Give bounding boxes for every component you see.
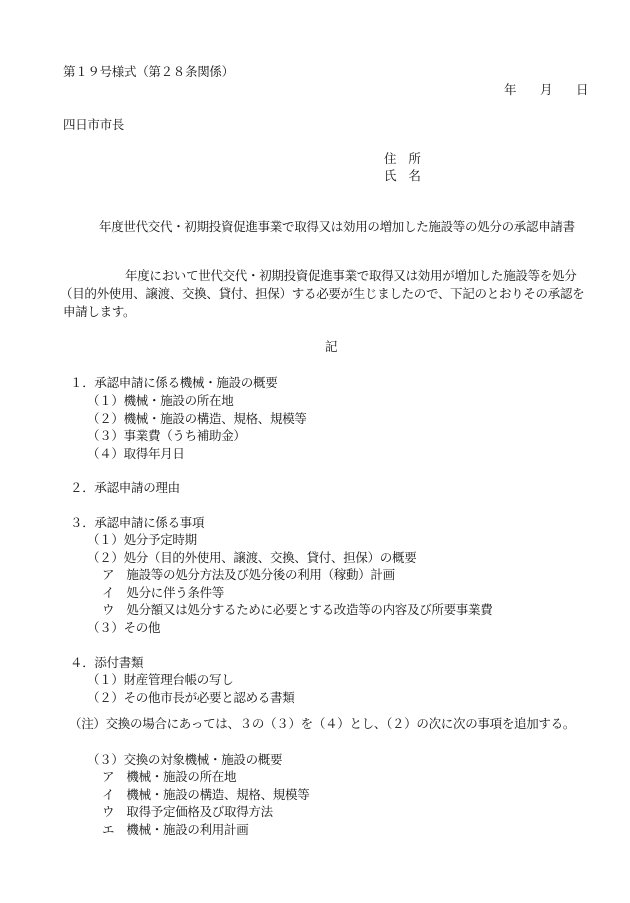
section-1-item-3: （３）事業費（うち補助金） [87,428,246,444]
section-4-item-1: （１）財産管理台帳の写し [87,672,233,688]
body-line-3: 申請します。 [63,304,135,320]
section-1-item-1: （１）機械・施設の所在地 [87,393,233,409]
addressee: 四日市市長 [63,117,124,133]
name-label: 氏 名 [384,168,421,184]
section-3-heading: ３．承認申請に係る事項 [70,515,204,531]
section-2-heading: ２．承認申請の理由 [70,480,180,496]
section-3-item-3: （３）その他 [87,620,160,636]
section-1-item-4: （４）取得年月日 [87,446,185,462]
date-year: 年 [504,82,517,98]
exchange-item-a: ア 機械・施設の所在地 [102,769,236,785]
document-title: 年度世代交代・初期投資促進事業で取得又は効用の増加した施設等の処分の承認申請書 [99,219,575,235]
ki-heading: 記 [325,339,337,355]
section-3-item-1: （１）処分予定時期 [87,532,197,548]
body-line-1: 年度において世代交代・初期投資促進事業で取得又は効用が増加した施設等を処分 [125,268,576,284]
exchange-item-u: ウ 取得予定価格及び取得方法 [102,804,273,820]
section-3-subitem-i: イ 処分に伴う条件等 [102,585,224,601]
section-3-subitem-u: ウ 処分額又は処分するために必要とする改造等の内容及び所要事業費 [102,602,492,618]
section-1-item-2: （２）機械・施設の構造、規格、規模等 [87,411,307,427]
section-3-item-2: （２）処分（目的外使用、譲渡、交換、貸付、担保）の概要 [87,550,416,566]
section-4-heading: ４．添付書類 [70,655,143,671]
form-number: 第１９号様式（第２８条関係） [63,64,234,80]
address-label: 住 所 [384,151,421,167]
exchange-item-i: イ 機械・施設の構造、規格、規模等 [102,787,309,803]
date-day: 日 [576,82,589,98]
note: （注）交換の場合にあっては、３の（３）を（４）とし、（２）の次に次の事項を追加す… [69,716,575,732]
body-line-2: （目的外使用、譲渡、交換、貸付、担保）する必要が生じましたので、下記のとおりその… [60,286,584,302]
exchange-item-e: エ 機械・施設の利用計画 [102,822,248,838]
section-4-item-2: （２）その他市長が必要と認める書類 [87,690,294,706]
exchange-heading: （３）交換の対象機械・施設の概要 [87,752,282,768]
section-1-heading: １．承認申請に係る機械・施設の概要 [70,375,277,391]
section-3-subitem-a: ア 施設等の処分方法及び処分後の利用（稼動）計画 [102,567,395,583]
date-month: 月 [540,82,553,98]
